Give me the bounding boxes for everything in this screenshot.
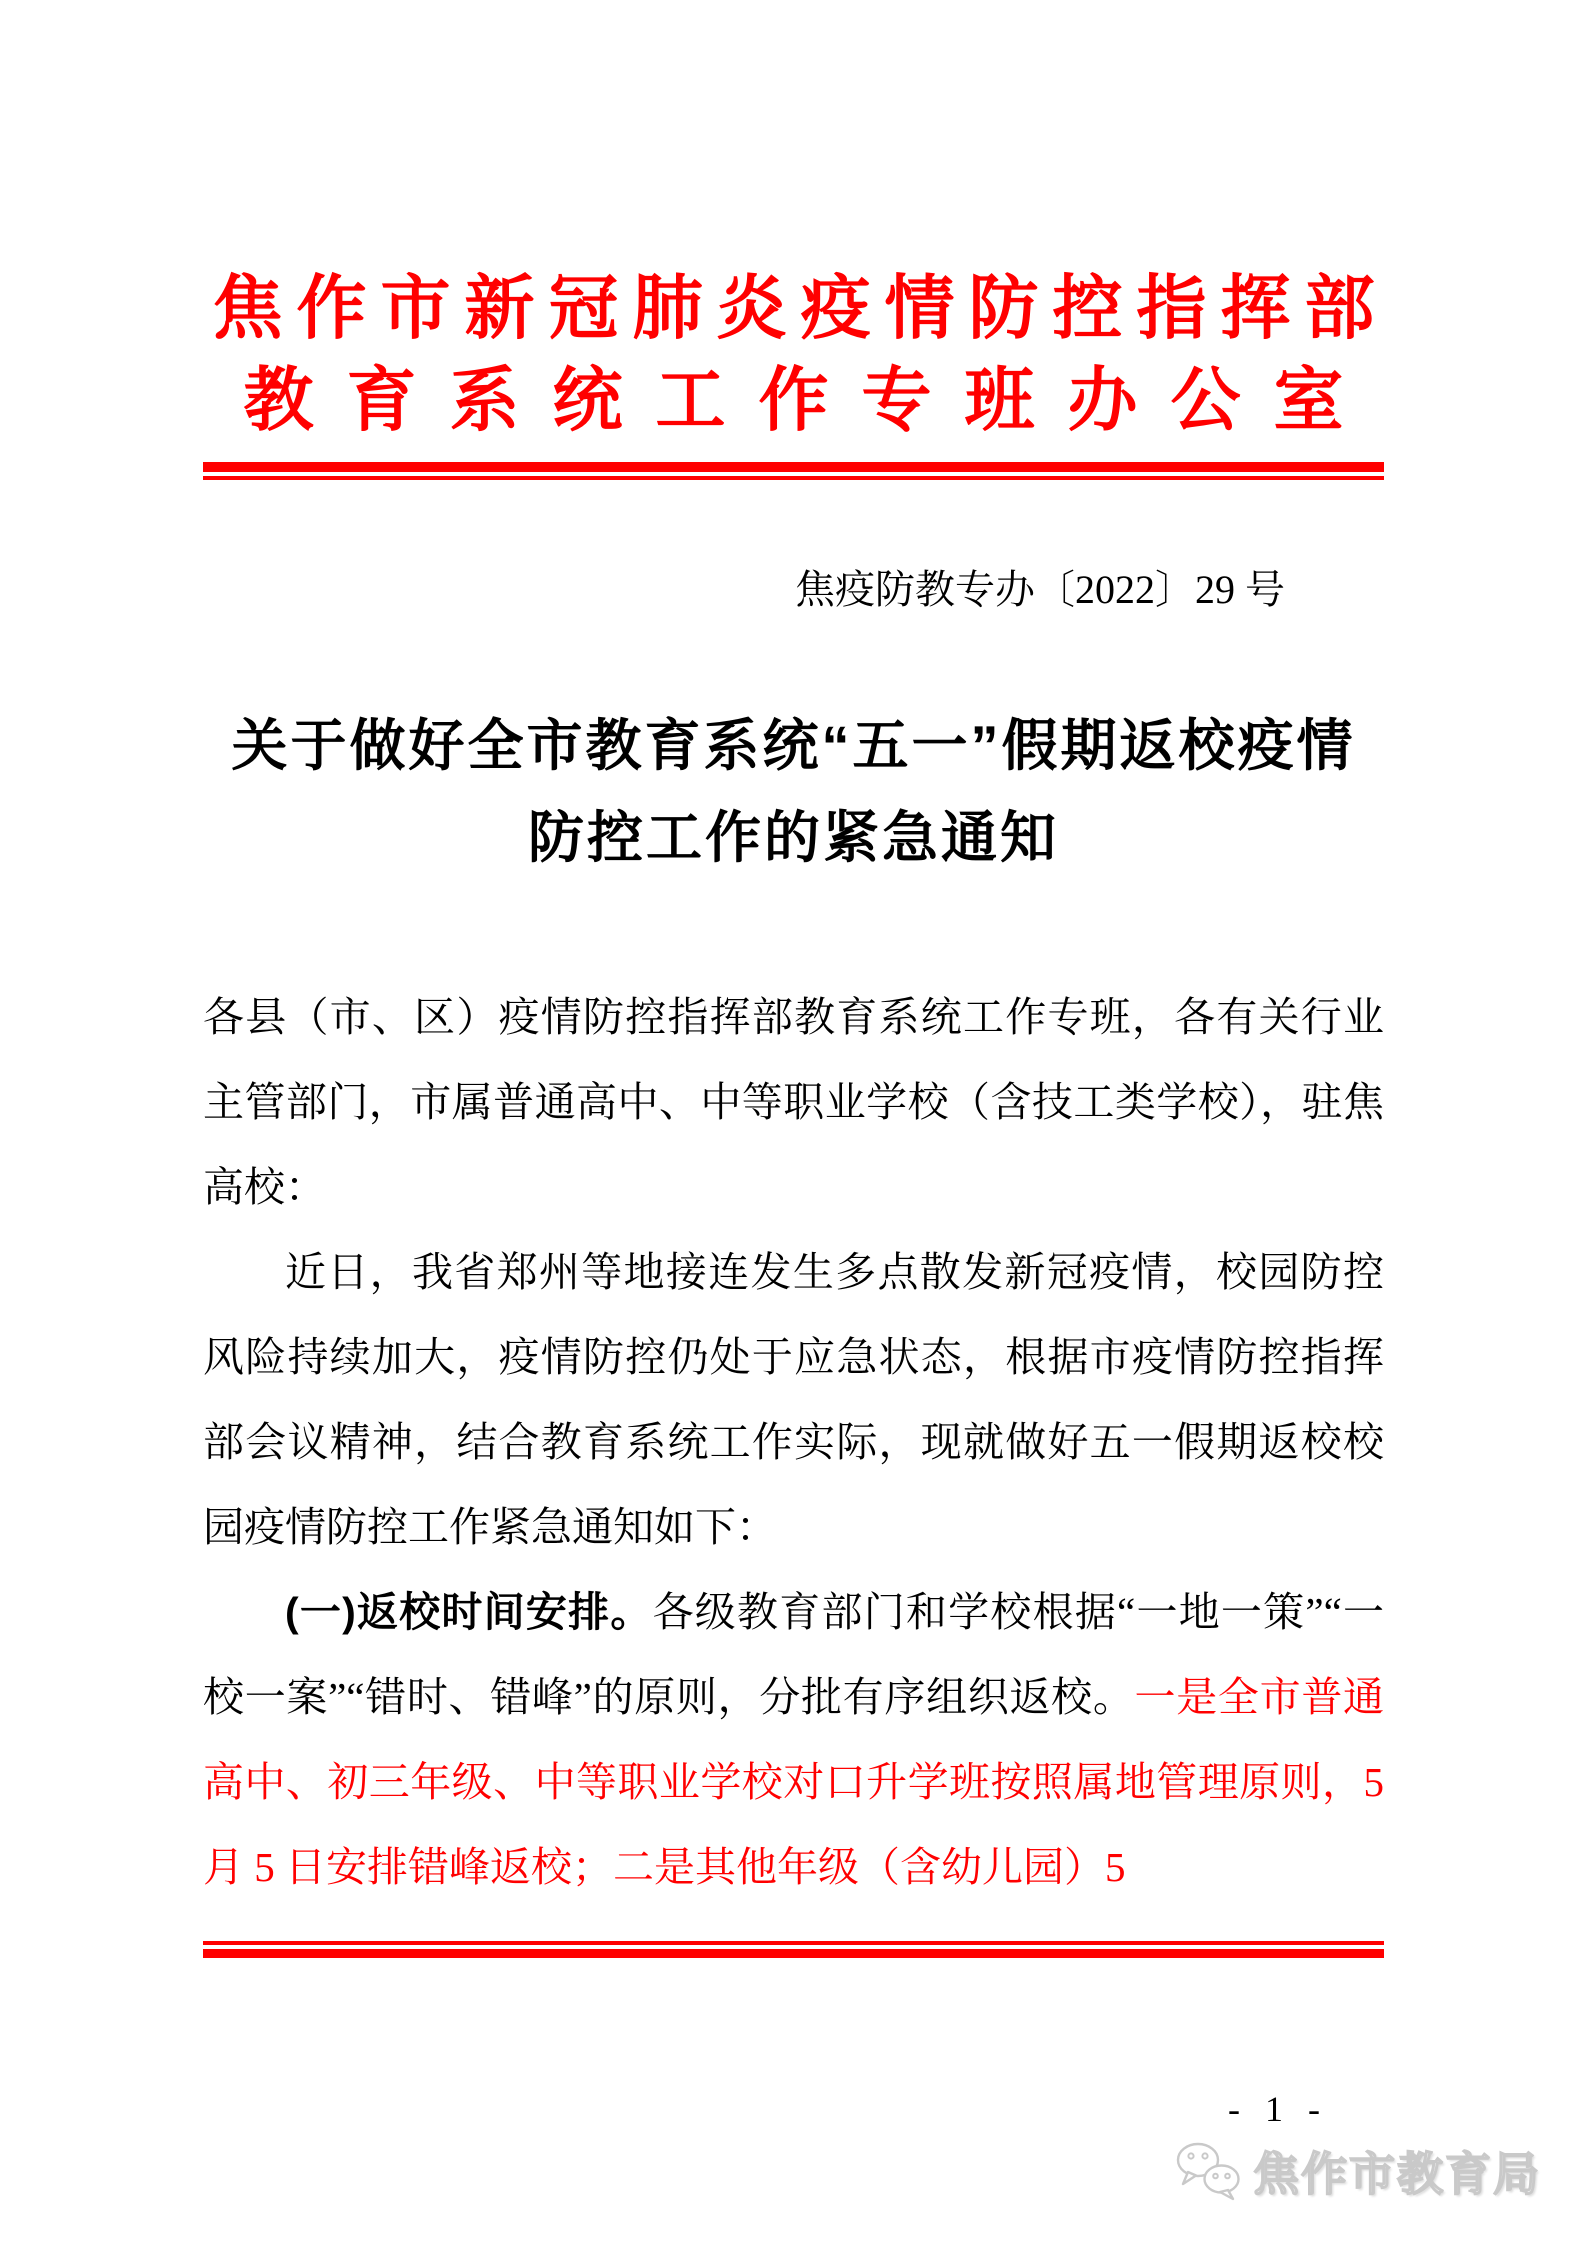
letterhead-org-line2: 教育系统工作专班办公室 <box>0 354 1587 446</box>
red-bar-thick <box>203 462 1384 472</box>
document-page: 焦作市新冠肺炎疫情防控指挥部 教育系统工作专班办公室 焦疫防教专办〔2022〕2… <box>0 0 1587 2245</box>
title-line1: 关于做好全市教育系统“五一”假期返校疫情 <box>0 700 1587 792</box>
red-divider-top <box>203 462 1384 480</box>
document-title: 关于做好全市教育系统“五一”假期返校疫情 防控工作的紧急通知 <box>0 700 1587 884</box>
wechat-icon <box>1175 2141 1243 2201</box>
paragraph: 近日，我省郑州等地接连发生多点散发新冠疫情，校园防控风险持续加大，疫情防控仍处于… <box>203 1230 1384 1570</box>
watermark: 焦作市教育局 <box>1175 2138 1541 2204</box>
text-segment-normal: 各县（市、区）疫情防控指挥部教育系统工作专班，各有关行业主管部门，市属普通高中、… <box>203 994 1384 1210</box>
page-number: - 1 - <box>1228 2088 1328 2130</box>
paragraph: 各县（市、区）疫情防控指挥部教育系统工作专班，各有关行业主管部门，市属普通高中、… <box>203 975 1384 1230</box>
letterhead-org-line1: 焦作市新冠肺炎疫情防控指挥部 <box>0 262 1587 354</box>
document-letterhead: 焦作市新冠肺炎疫情防控指挥部 教育系统工作专班办公室 <box>0 262 1587 446</box>
document-number: 焦疫防教专办〔2022〕29 号 <box>795 568 1285 612</box>
red-bar-thick <box>203 1949 1384 1958</box>
red-bar-thin <box>203 1941 1384 1945</box>
red-divider-bottom <box>203 1941 1384 1958</box>
document-body: 各县（市、区）疫情防控指挥部教育系统工作专班，各有关行业主管部门，市属普通高中、… <box>203 975 1384 1910</box>
paragraph: (一)返校时间安排。各级教育部门和学校根据“一地一策”“一校一案”“错时、错峰”… <box>203 1570 1384 1910</box>
watermark-label: 焦作市教育局 <box>1253 2138 1541 2204</box>
title-line2: 防控工作的紧急通知 <box>0 792 1587 884</box>
text-segment-normal: 近日，我省郑州等地接连发生多点散发新冠疫情，校园防控风险持续加大，疫情防控仍处于… <box>203 1249 1384 1550</box>
red-bar-thin <box>203 476 1384 480</box>
text-segment-bold: (一)返校时间安排。 <box>285 1589 653 1635</box>
